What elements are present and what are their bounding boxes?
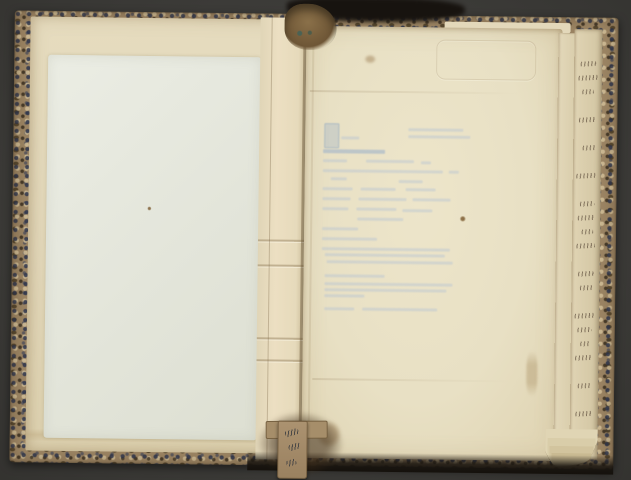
showthrough-text-line	[408, 135, 470, 139]
showthrough-text-line	[324, 307, 354, 310]
showthrough-text-line	[323, 159, 347, 162]
showthrough-text-line	[331, 177, 347, 180]
handwriting-fragment	[576, 173, 596, 179]
showthrough-text-line	[322, 227, 358, 230]
scan-background	[0, 0, 631, 480]
open-book	[9, 10, 618, 469]
showthrough-text-line	[322, 197, 350, 200]
showthrough-text-line	[358, 198, 406, 202]
handwriting-fragment	[582, 89, 594, 95]
showthrough-text-line	[408, 128, 463, 132]
right-flyleaf-page	[301, 26, 562, 461]
showthrough-text-line	[322, 247, 450, 252]
handwriting-fragment	[580, 341, 591, 347]
handwriting-fragment	[577, 327, 592, 333]
handwriting-fragment	[578, 75, 598, 81]
showthrough-text-line	[322, 207, 348, 210]
showthrough-text-line	[412, 198, 450, 201]
handwritten-page-edge	[569, 29, 602, 459]
ink-flecks	[292, 30, 316, 37]
showthrough-text-line	[399, 180, 423, 183]
handwriting-fragment	[579, 285, 592, 291]
handwriting-fragment	[575, 411, 592, 417]
gutter-tape-seam	[257, 337, 304, 340]
handwriting-fragment	[579, 201, 594, 207]
showthrough-text-line	[324, 282, 452, 287]
showthrough-text-line	[406, 188, 436, 191]
handwriting-fragment	[576, 243, 595, 249]
showthrough-text-line	[325, 253, 445, 257]
gutter-tape-seam	[258, 239, 305, 242]
showthrough-text-line	[325, 274, 385, 278]
handwriting-fragment	[580, 61, 596, 67]
showthrough-text-line	[366, 160, 414, 164]
handwriting-fragment	[581, 229, 593, 235]
repair-tape-vertical	[277, 421, 308, 479]
gutter-tape-seam	[257, 359, 304, 362]
showthrough-text-line	[361, 188, 396, 191]
showthrough-text-line	[356, 208, 396, 211]
showthrough-text-line	[324, 288, 446, 292]
showthrough-stamp-icon	[324, 123, 339, 148]
pencil-mark	[284, 428, 299, 438]
handwriting-fragment	[582, 145, 596, 151]
showthrough-form	[301, 26, 562, 461]
handwriting-fragment	[577, 215, 595, 221]
pencil-mark	[286, 458, 297, 467]
showthrough-text-line	[323, 169, 443, 173]
handwriting-fragment	[574, 313, 594, 319]
handwriting-fragment	[574, 355, 592, 361]
showthrough-text-line	[323, 187, 353, 190]
showthrough-text-line	[327, 260, 453, 265]
showthrough-text-line	[449, 171, 459, 174]
showthrough-text-line	[323, 149, 385, 154]
showthrough-text-line	[362, 308, 437, 312]
blue-pastedown-sheet	[44, 55, 262, 441]
showthrough-text-line	[324, 294, 364, 297]
handwriting-fragment	[577, 383, 591, 389]
gutter-tape-seam	[258, 264, 305, 267]
handwriting-fragment	[578, 117, 596, 123]
pencil-mark	[288, 442, 301, 451]
showthrough-text-line	[322, 237, 377, 241]
showthrough-text-line	[421, 161, 431, 164]
handwriting-fragment	[577, 271, 593, 277]
showthrough-text-line	[357, 218, 403, 222]
showthrough-text-line	[341, 136, 359, 139]
showthrough-text-line	[402, 209, 432, 212]
